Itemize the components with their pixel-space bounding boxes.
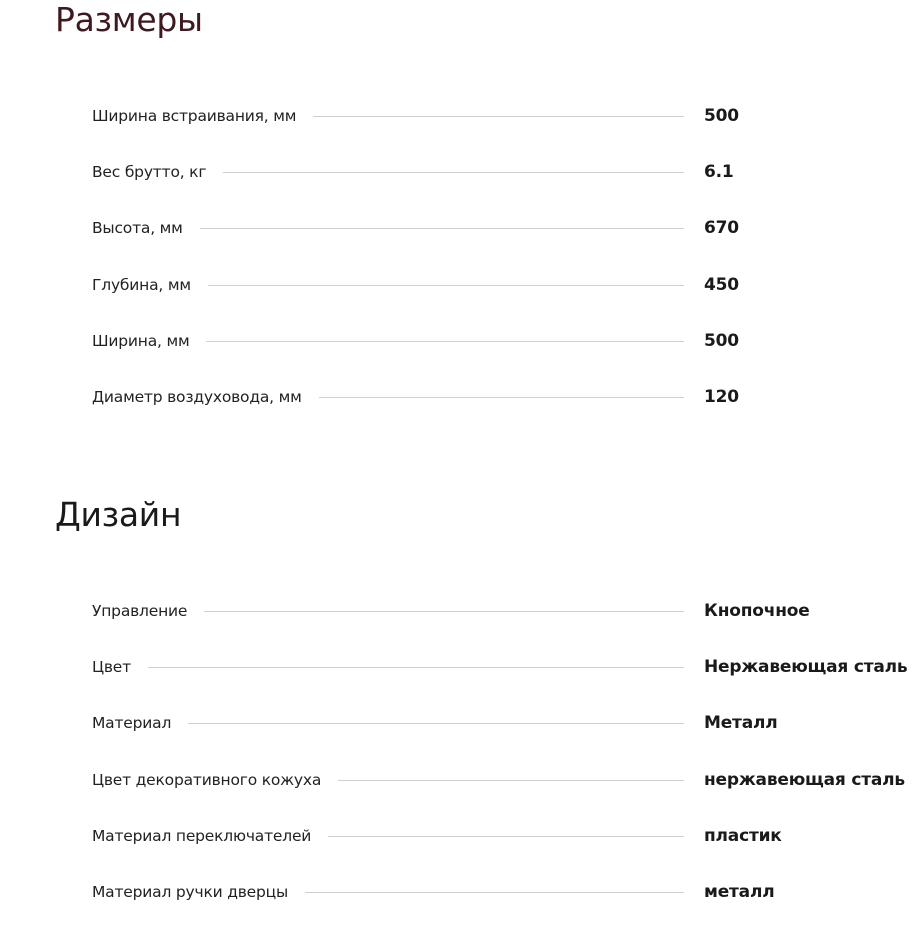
spec-value: пластик	[704, 826, 782, 846]
spec-value: Металл	[704, 713, 777, 733]
spec-label: Высота, мм	[92, 219, 183, 237]
spec-row: Высота, мм 670	[92, 216, 918, 240]
spec-row: Материал ручки дверцы металл	[92, 880, 918, 904]
spec-value: 120	[704, 387, 739, 407]
spec-label: Диаметр воздуховода, мм	[92, 388, 302, 406]
spec-row: Диаметр воздуховода, мм 120	[92, 385, 918, 409]
spec-divider	[328, 836, 684, 837]
spec-value: 500	[704, 106, 739, 126]
spec-row: Цвет Нержавеющая сталь	[92, 655, 918, 679]
spec-label: Материал	[92, 714, 171, 732]
spec-label: Цвет декоративного кожуха	[92, 771, 321, 789]
spec-row: Глубина, мм 450	[92, 273, 918, 297]
spec-divider	[208, 285, 684, 286]
spec-divider	[206, 341, 684, 342]
spec-row: Материал Металл	[92, 711, 918, 735]
spec-row: Управление Кнопочное	[92, 599, 918, 623]
section-title-design: Дизайн	[55, 495, 181, 535]
spec-label: Цвет	[92, 658, 131, 676]
spec-divider	[188, 723, 684, 724]
spec-value: металл	[704, 882, 774, 902]
spec-label: Ширина, мм	[92, 332, 189, 350]
spec-label: Материал ручки дверцы	[92, 883, 288, 901]
spec-value: 670	[704, 218, 739, 238]
spec-row: Ширина встраивания, мм 500	[92, 104, 918, 128]
spec-divider	[204, 611, 684, 612]
spec-divider	[200, 228, 684, 229]
section-title-dimensions: Размеры	[55, 0, 203, 40]
spec-label: Ширина встраивания, мм	[92, 107, 296, 125]
spec-label: Материал переключателей	[92, 827, 311, 845]
spec-label: Глубина, мм	[92, 276, 191, 294]
spec-value: 6.1	[704, 162, 734, 182]
spec-value: 500	[704, 331, 739, 351]
spec-divider	[338, 780, 684, 781]
spec-value: 450	[704, 275, 739, 295]
spec-value: Кнопочное	[704, 601, 810, 621]
spec-value: Нержавеющая сталь	[704, 657, 907, 677]
spec-row: Вес брутто, кг 6.1	[92, 160, 918, 184]
spec-value: нержавеющая сталь	[704, 770, 905, 790]
spec-divider	[223, 172, 684, 173]
spec-row: Ширина, мм 500	[92, 329, 918, 353]
spec-divider	[319, 397, 684, 398]
spec-divider	[313, 116, 684, 117]
spec-label: Управление	[92, 602, 187, 620]
spec-divider	[148, 667, 684, 668]
spec-row: Цвет декоративного кожуха нержавеющая ст…	[92, 768, 918, 792]
spec-divider	[305, 892, 684, 893]
spec-row: Материал переключателей пластик	[92, 824, 918, 848]
spec-label: Вес брутто, кг	[92, 163, 206, 181]
